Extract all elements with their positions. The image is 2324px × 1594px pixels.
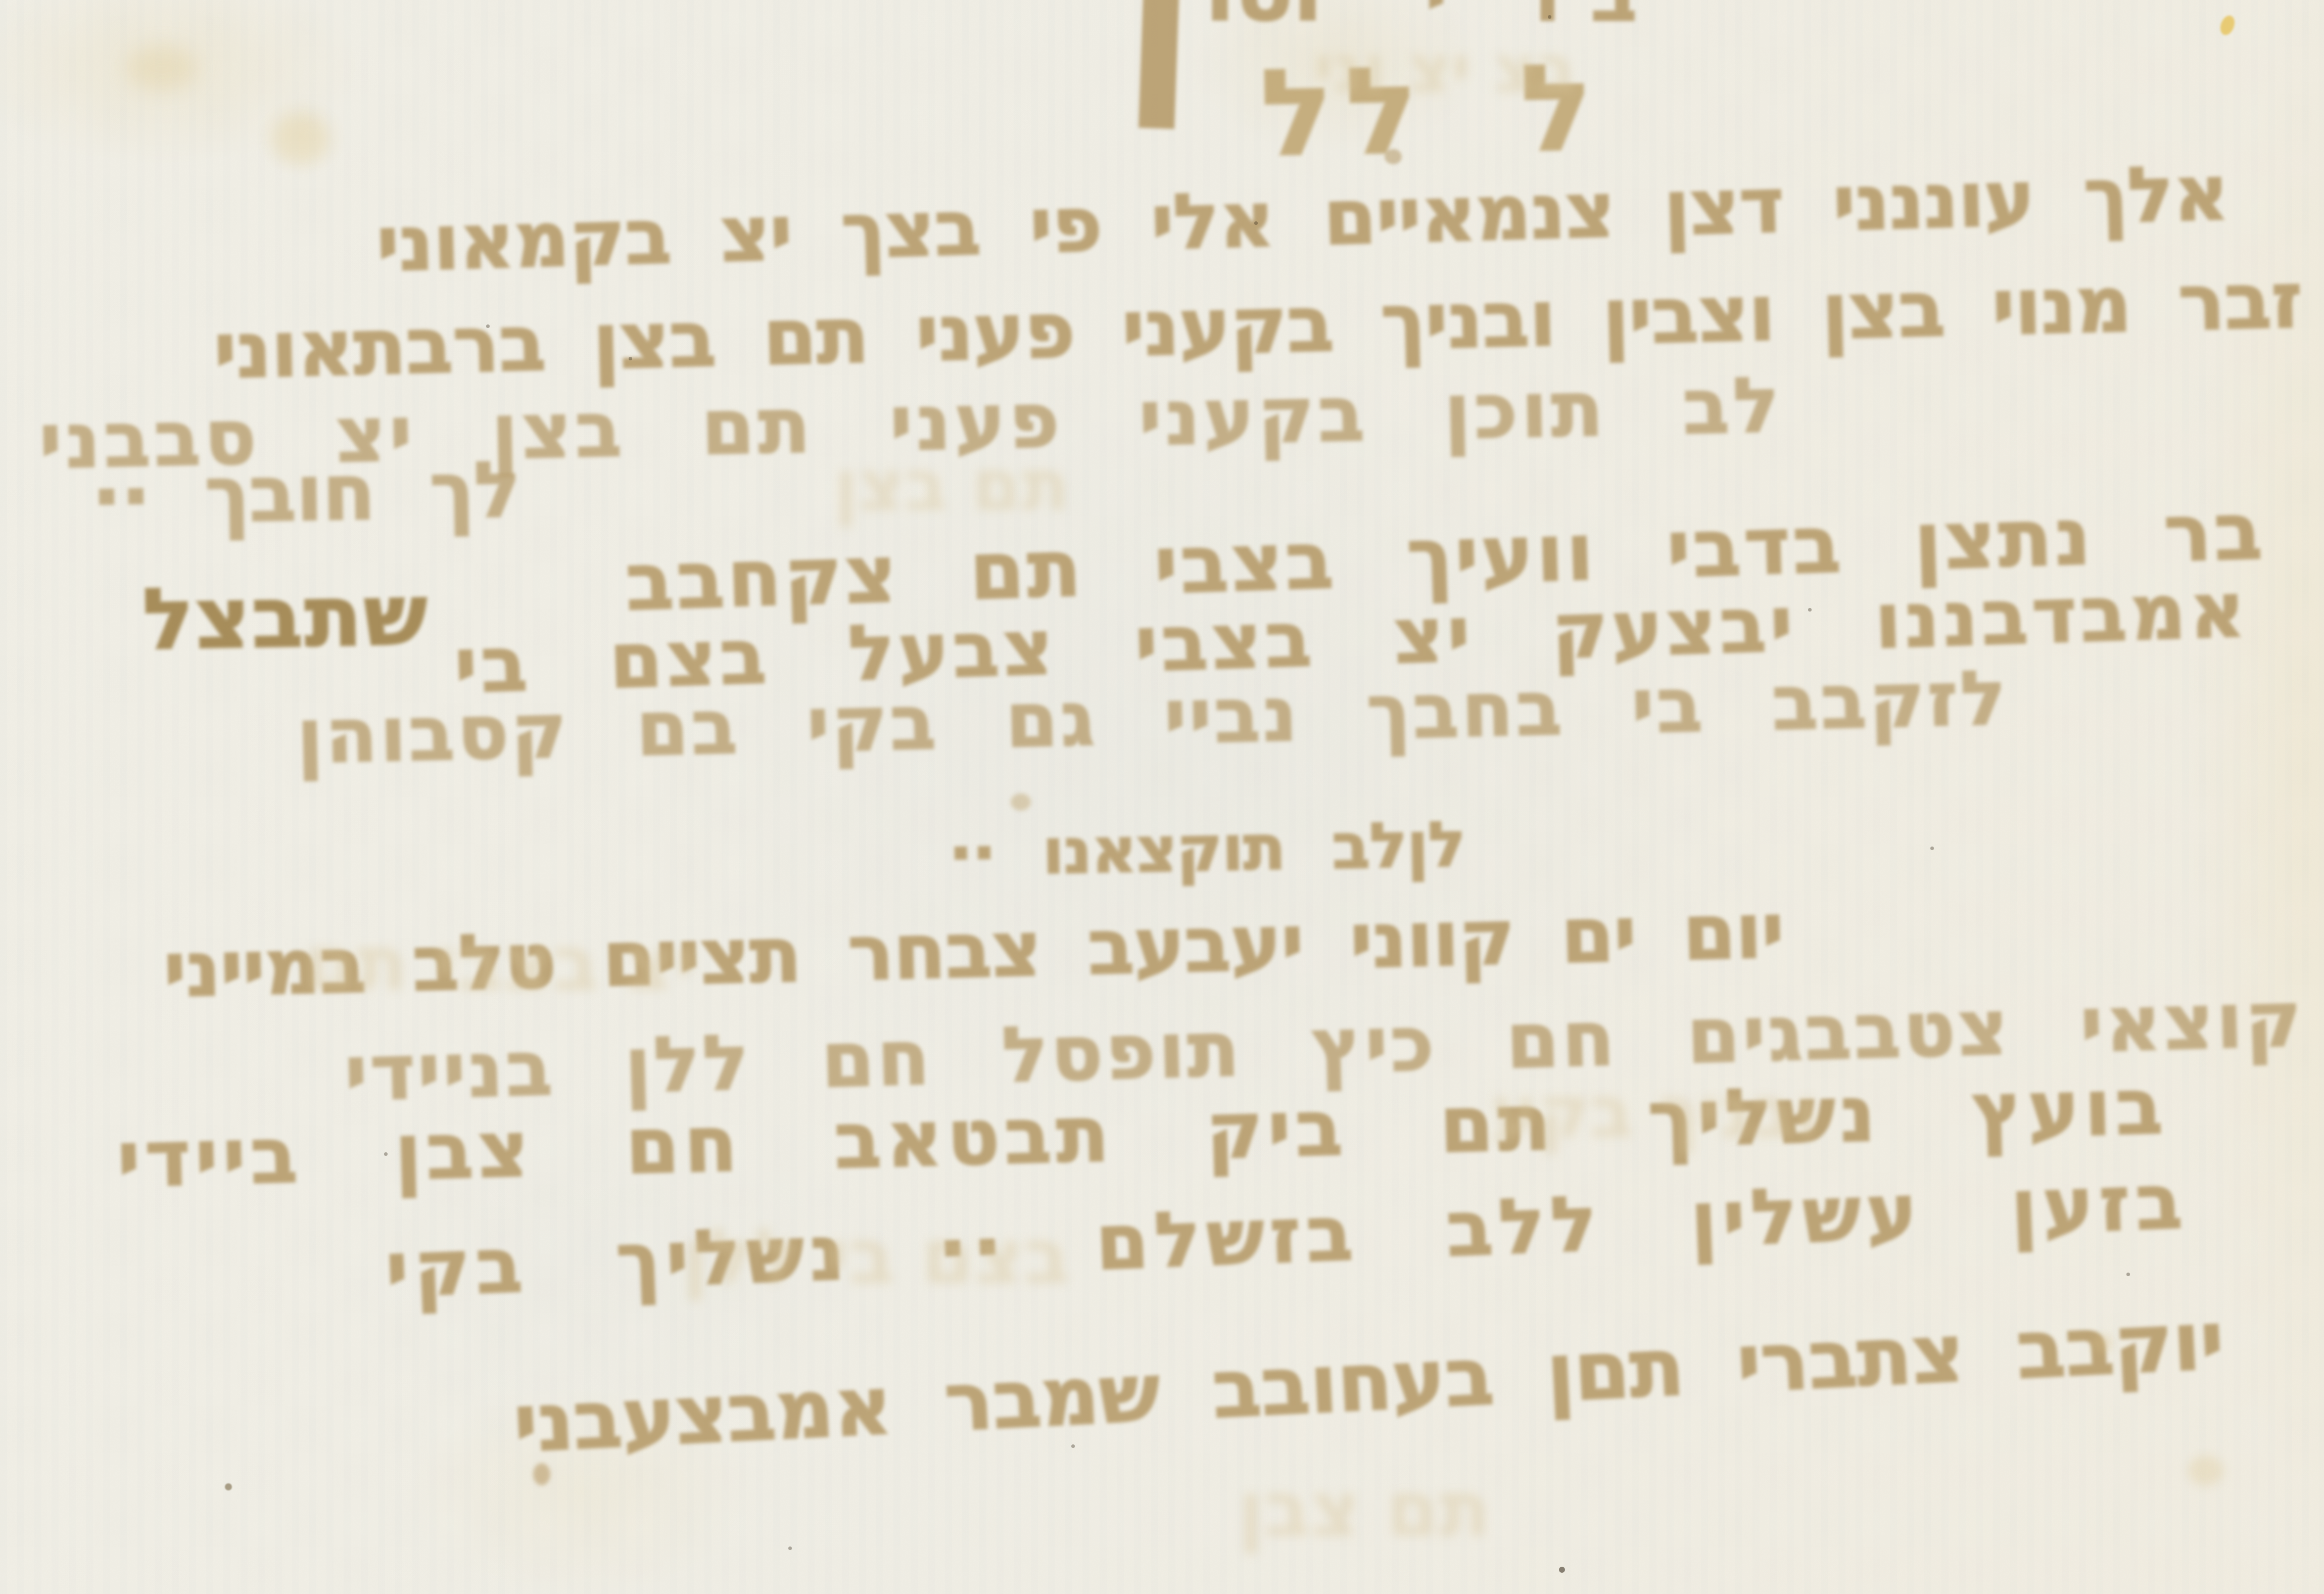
manuscript-line-4a: לך חובך ·· bbox=[91, 445, 521, 542]
stain bbox=[2188, 1456, 2223, 1486]
top-edge-fragment: וטו bbox=[1205, 0, 1322, 40]
ghost-text: בצם בי ללן bbox=[682, 1213, 1070, 1301]
manuscript-page: ן וטו בו י ל לל אלך עוננני דצן צנמאיים א… bbox=[0, 0, 2324, 1594]
fiber-speck bbox=[1930, 847, 1934, 850]
ghost-text: תם בצן bbox=[834, 445, 1070, 527]
ink-speck bbox=[225, 1483, 232, 1490]
top-edge-stroke: ן bbox=[1120, 0, 1202, 128]
ghost-text: בצ יצ וני bbox=[1314, 30, 1577, 107]
fiber-speck bbox=[788, 1546, 792, 1550]
ghost-text: תם צבן bbox=[1238, 1466, 1491, 1554]
manuscript-line-7: לןלב תוקצאנו ·· bbox=[948, 809, 1466, 889]
fiber-speck bbox=[1071, 1444, 1075, 1448]
ink-dot bbox=[1011, 793, 1031, 811]
yellow-speck bbox=[2218, 14, 2237, 37]
stain bbox=[273, 114, 328, 164]
dark-fleck bbox=[1559, 1567, 1565, 1573]
manuscript-line-5a: שתבצל bbox=[142, 566, 430, 668]
stain bbox=[126, 45, 197, 91]
ghost-text: יצ בצבי תם bbox=[303, 920, 697, 1008]
fiber-speck bbox=[2126, 1273, 2130, 1276]
manuscript-line-12: יוקבב צתברי תםן בעחובב שמבר אמבצעבני bbox=[511, 1294, 2225, 1470]
ghost-text: ובניך בקע bbox=[1491, 1071, 1819, 1154]
